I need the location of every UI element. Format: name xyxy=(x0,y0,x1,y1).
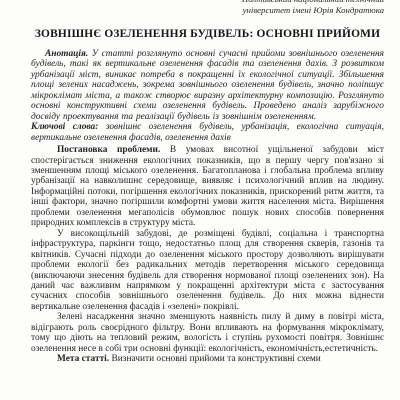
abstract-label: Анотація. xyxy=(45,49,88,59)
body-paragraph-density: У високощільній забудові, де розміщені б… xyxy=(31,229,384,313)
body-paragraph-greenery-benefits-text: Зелені насадження значно зменшують наявн… xyxy=(31,312,384,353)
university-affiliation: Полтавський національний технічний уніве… xyxy=(31,0,384,15)
document-page: Полтавський національний технічний уніве… xyxy=(0,0,400,394)
problem-statement-paragraph: Постановка проблеми. В умовах висотної у… xyxy=(31,145,384,229)
article-goal-text: Визначити основні прийоми та конструктив… xyxy=(109,354,321,364)
affiliation-line-2: університет імені Юрія Кондратюка xyxy=(31,5,384,16)
problem-statement-label: Постановка проблеми. xyxy=(57,145,160,155)
paper-title: ЗОВНІШНЄ ОЗЕЛЕНЕННЯ БУДІВЕЛЬ: ОСНОВНІ ПР… xyxy=(31,28,384,40)
body-paragraph-greenery-benefits: Зелені насадження значно зменшують наявн… xyxy=(31,312,384,354)
keywords-label: Ключові слова: xyxy=(31,122,98,132)
article-goal-paragraph: Мета статті. Визначити основні прийоми т… xyxy=(31,354,384,364)
body-paragraph-density-text: У високощільній забудові, де розміщені б… xyxy=(31,229,384,312)
problem-statement-text: В умовах висотної ущільненої забудови мі… xyxy=(31,145,384,228)
abstract-paragraph: Анотація. У статті розглянуто основні су… xyxy=(31,49,384,122)
keywords-paragraph: Ключові слова: зовнішнє озеленення будів… xyxy=(31,122,384,143)
abstract-text: У статті розглянуто основні сучасні прий… xyxy=(31,49,384,122)
article-goal-label: Мета статті. xyxy=(57,354,109,364)
